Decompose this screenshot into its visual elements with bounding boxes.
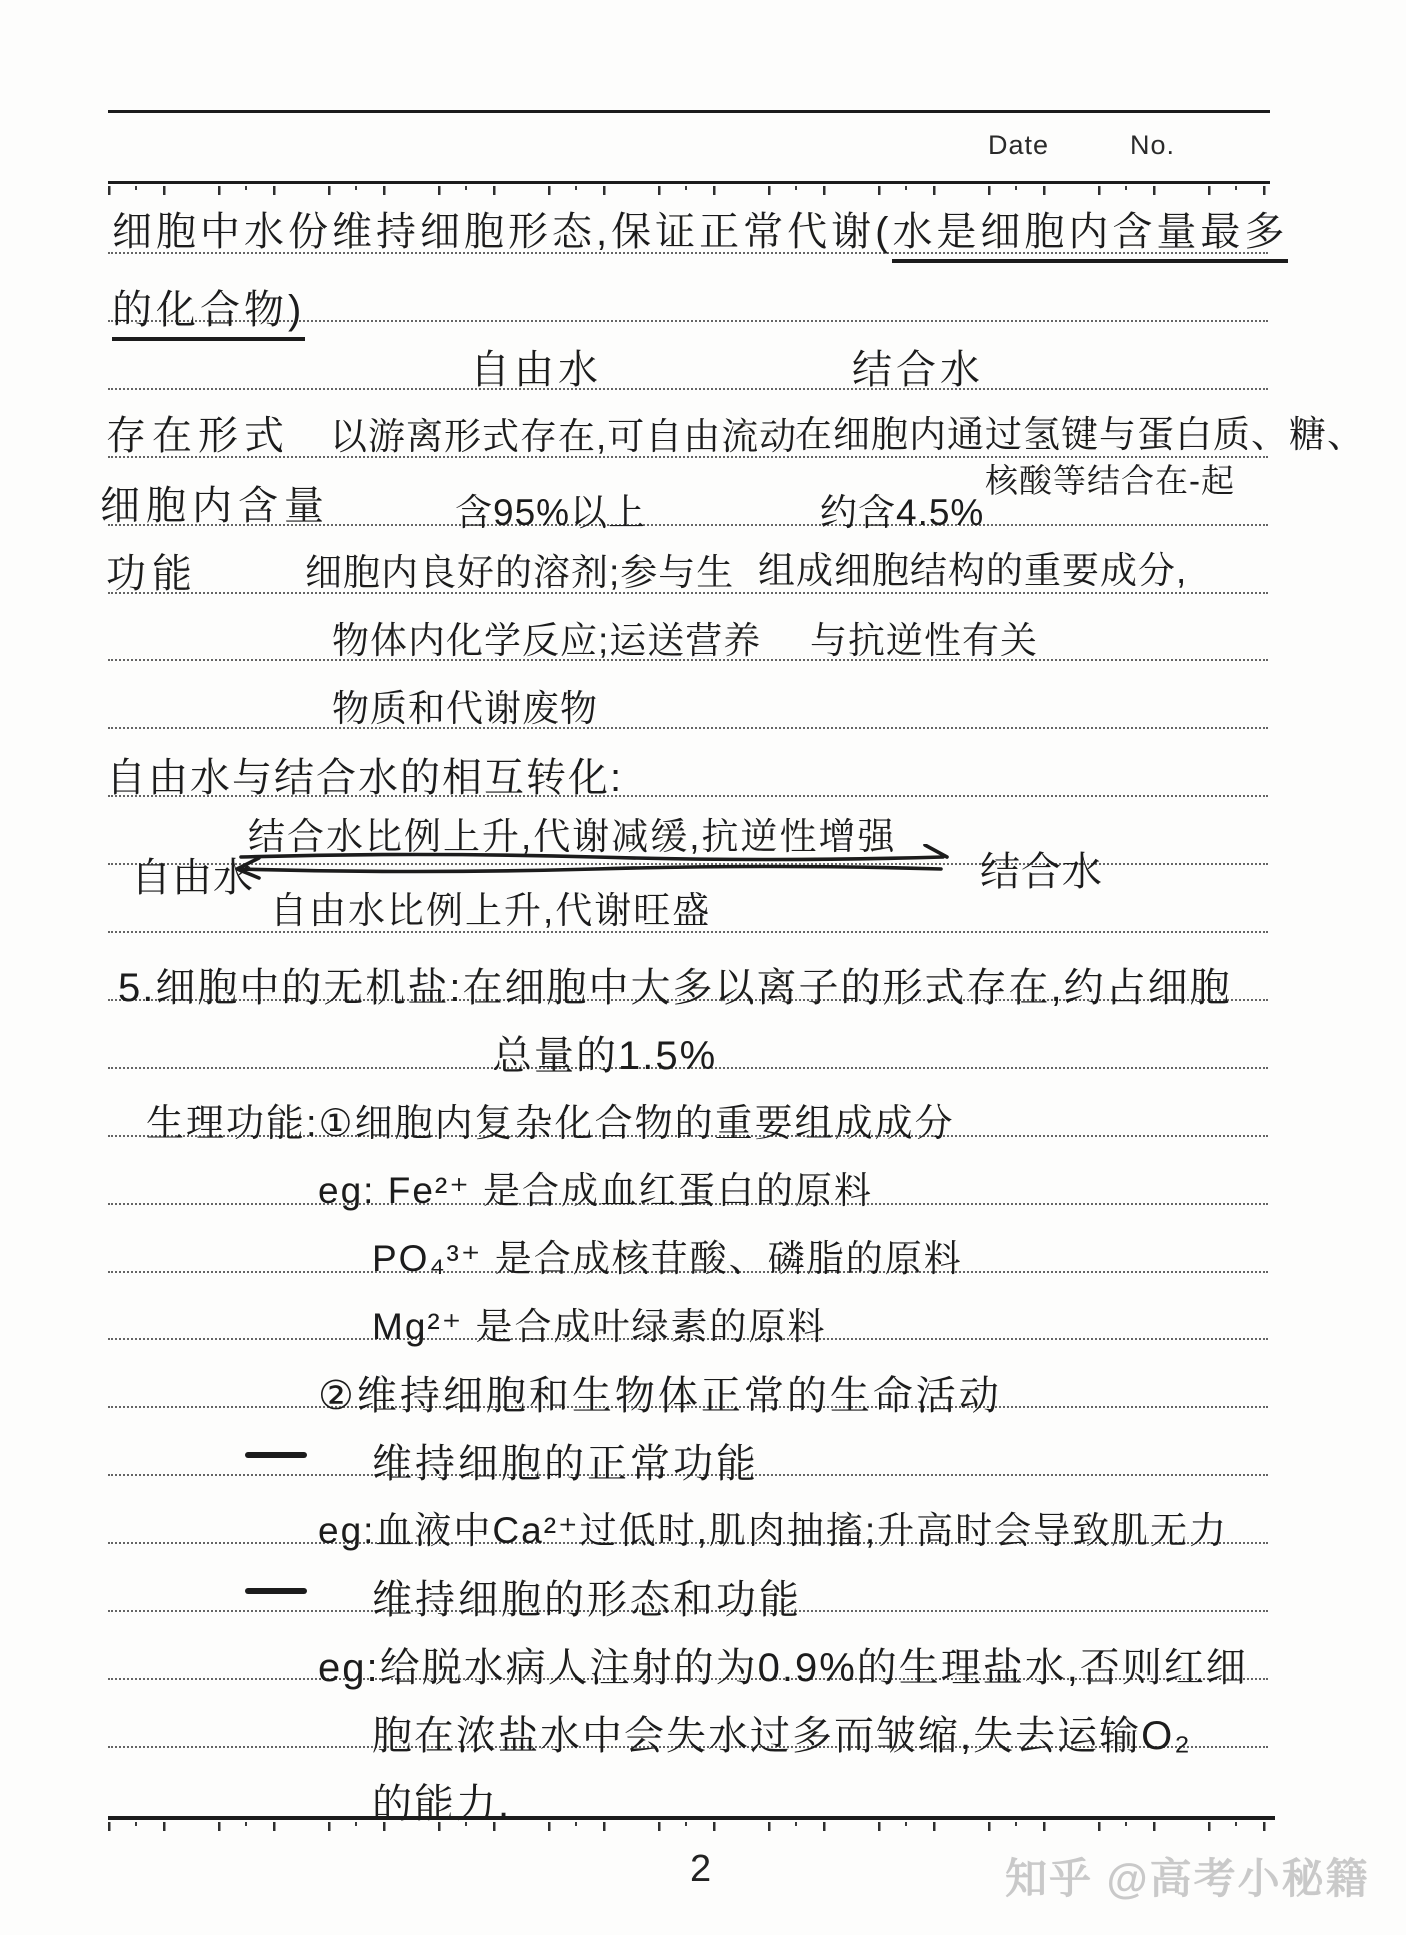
salts-eg-po4: PO₄³⁺ 是合成核苷酸、磷脂的原料 — [372, 1228, 963, 1282]
cell-free-function-2: 物体内化学反应;运送营养 — [332, 610, 761, 664]
cell-free-existence: 以游离形式存在,可自由流动 — [330, 406, 797, 460]
conversion-title: 自由水与结合水的相互转化: — [106, 746, 623, 803]
footer-line — [108, 1816, 1275, 1820]
watermark: 知乎 @高考小秘籍 — [1005, 1846, 1370, 1906]
salts-eg-fe: eg: Fe²⁺ 是合成血红蛋白的原料 — [318, 1160, 873, 1214]
notebook-page: Date No. 细胞中水份维持细胞形态,保证正常代谢(水是细胞内含量最多 的化… — [0, 0, 1406, 1935]
conversion-arrows — [225, 844, 970, 882]
row-label-cell-content: 细胞内含量 — [100, 474, 330, 531]
column-header-free-water: 自由水 — [470, 338, 602, 395]
salts-eg-saline-line-1: eg:给脱水病人注射的为0.9%的生理盐水,否则红细 — [318, 1636, 1248, 1693]
salts-function-2: ②维持细胞和生物体正常的生命活动 — [318, 1364, 1002, 1421]
conversion-backward-label: 自由水比例上升,代谢旺盛 — [270, 880, 711, 934]
row-label-function: 功能 — [106, 542, 198, 599]
salts-eg-ca: eg:血液中Ca²⁺过低时,肌肉抽搐;升高时会导致肌无力 — [318, 1500, 1228, 1554]
intro-line-1-text: 细胞中水份维持细胞形态,保证正常代谢( — [112, 210, 892, 254]
intro-line-1-underlined: 水是细胞内含量最多 — [892, 210, 1288, 263]
cell-bound-function-1: 组成细胞结构的重要成分, — [758, 540, 1187, 594]
cell-bound-existence-cont: 核酸等结合在-起 — [985, 455, 1235, 502]
no-label: No. — [1130, 130, 1175, 161]
salts-heading-line-1: 5.细胞中的无机盐:在细胞中大多以离子的形式存在,约占细胞 — [118, 956, 1232, 1013]
row-label-existence-form: 存在形式 — [106, 404, 290, 461]
intro-line-1: 细胞中水份维持细胞形态,保证正常代谢(水是细胞内含量最多 — [112, 200, 1288, 257]
page-number: 2 — [690, 1848, 711, 1891]
intro-line-2-underlined: 的化合物) — [112, 288, 305, 341]
header-top-line — [108, 110, 1270, 113]
salts-point-2: 维持细胞的形态和功能 — [372, 1568, 802, 1625]
salts-eg-saline-line-2: 胞在浓盐水中会失水过多而皱缩,失去运输O₂ — [372, 1704, 1192, 1761]
cell-free-content: 含95%以上 — [455, 482, 646, 536]
cell-bound-existence: 在细胞内通过氢键与蛋白质、糖、 — [795, 404, 1365, 458]
conversion-right-term: 结合水 — [980, 840, 1103, 897]
cell-bound-function-2: 与抗逆性有关 — [810, 610, 1038, 664]
ruled-line — [108, 727, 1268, 729]
footer-ruler-ticks — [108, 1822, 1270, 1831]
ruled-line — [108, 388, 1268, 390]
salts-heading-line-2: 总量的1.5% — [492, 1024, 717, 1081]
cell-bound-content: 约含4.5% — [820, 482, 984, 536]
header-ruler-ticks — [108, 186, 1270, 195]
column-header-bound-water: 结合水 — [852, 338, 984, 395]
salts-function-1: 生理功能:①细胞内复杂化合物的重要组成成分 — [146, 1092, 955, 1147]
salts-point-1: 维持细胞的正常功能 — [372, 1432, 759, 1489]
header-bottom-line — [108, 181, 1270, 184]
cell-free-function-1: 细胞内良好的溶剂;参与生 — [305, 542, 734, 596]
intro-line-2: 的化合物) — [112, 278, 305, 335]
salts-eg-saline-line-3: 的能力. — [372, 1772, 511, 1829]
dash-bullet-1 — [245, 1452, 307, 1458]
dash-bullet-2 — [245, 1588, 307, 1594]
cell-free-function-3: 物质和代谢废物 — [332, 678, 598, 732]
date-label: Date — [988, 130, 1049, 161]
salts-eg-mg: Mg²⁺ 是合成叶绿素的原料 — [372, 1296, 827, 1350]
